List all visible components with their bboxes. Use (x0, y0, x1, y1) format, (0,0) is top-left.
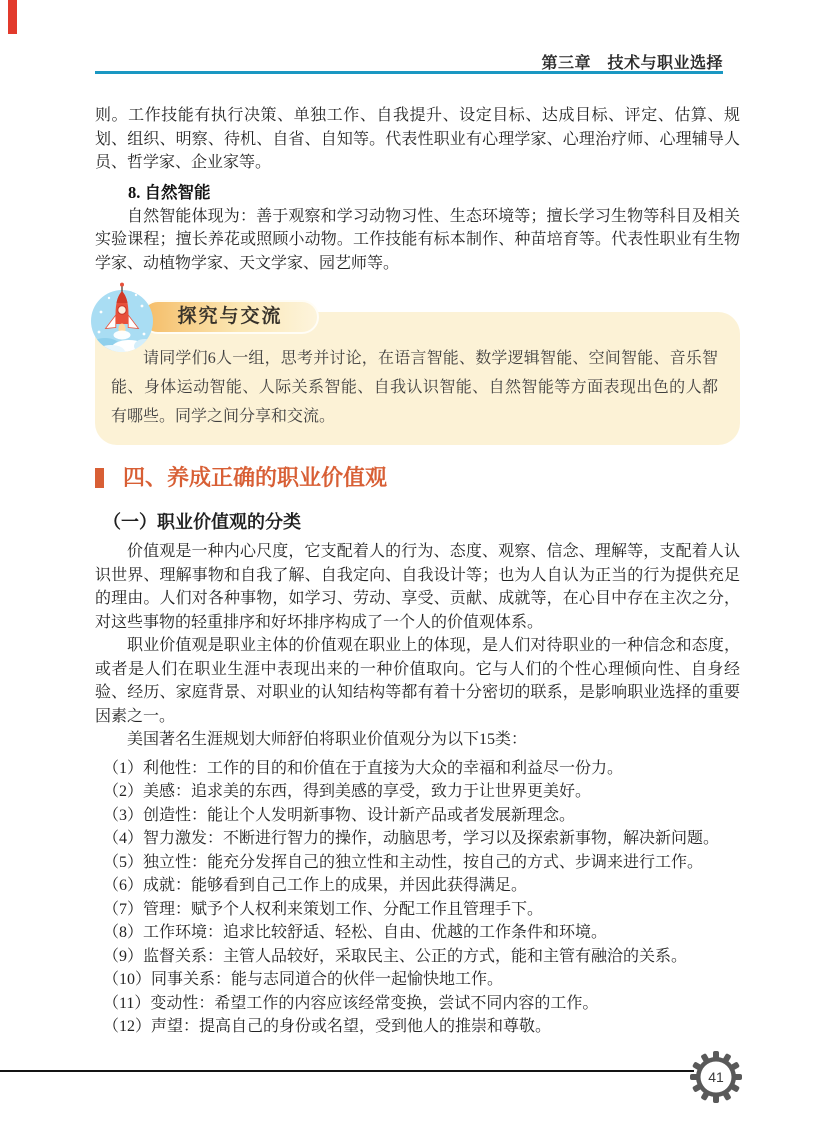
value-type-item: （7）管理：赋予个人权利来策划工作、分配工作且管理手下。 (95, 898, 740, 922)
paragraph-list-intro: 美国著名生涯规划大师舒伯将职业价值观分为以下15类： (95, 728, 740, 752)
activity-badge: 探究与交流 (141, 300, 319, 334)
value-type-item: （8）工作环境：追求比较舒适、轻松、自由、优越的工作条件和环境。 (95, 921, 740, 945)
header-rule (95, 71, 723, 74)
activity-text: 请同学们6人一组，思考并讨论，在语言智能、数学逻辑智能、空间智能、音乐智能、身体… (111, 344, 718, 431)
page-number: 41 (708, 1069, 724, 1085)
value-type-item: （10）同事关系：能与志同道合的伙伴一起愉快地工作。 (95, 968, 740, 992)
value-type-item: （9）监督关系：主管人品较好，采取民主、公正的方式，能和主管有融洽的关系。 (95, 945, 740, 969)
gear-icon: 41 (690, 1051, 742, 1103)
value-type-item: （3）创造性：能让个人发明新事物、设计新产品或者发展新理念。 (95, 804, 740, 828)
section-heading-row: 四、养成正确的职业价值观 (95, 463, 740, 493)
section-heading: 四、养成正确的职业价值观 (123, 463, 387, 493)
value-type-item: （2）美感：追求美的东西，得到美感的享受，致力于让世界更美好。 (95, 780, 740, 804)
value-type-item: （5）独立性：能充分发挥自己的独立性和主动性，按自己的方式、步调来进行工作。 (95, 851, 740, 875)
bookmark-ribbon (8, 0, 17, 34)
value-type-item: （1）利他性：工作的目的和价值在于直接为大众的幸福和利益尽一份力。 (95, 757, 740, 781)
value-type-item: （12）声望：提高自己的身份或名望，受到他人的推崇和尊敬。 (95, 1015, 740, 1039)
value-type-item: （4）智力激发：不断进行智力的操作，动脑思考，学习以及探索新事物，解决新问题。 (95, 827, 740, 851)
chapter-title: 第三章 技术与职业选择 (95, 50, 723, 73)
footer-rule (0, 1070, 694, 1072)
heading-natural-intelligence: 8. 自然智能 (95, 181, 740, 205)
value-type-item: （11）变动性：希望工作的内容应该经常变换，尝试不同内容的工作。 (95, 992, 740, 1016)
page-body: 则。工作技能有执行决策、单独工作、自我提升、设定目标、达成目标、评定、估算、规划… (95, 104, 740, 1039)
paragraph-values-1: 价值观是一种内心尺度，它支配着人的行为、态度、观察、信念、理解等，支配着人认识世… (95, 540, 740, 634)
activity-section: 请同学们6人一组，思考并讨论，在语言智能、数学逻辑智能、空间智能、音乐智能、身体… (95, 312, 740, 445)
rocket-icon (89, 282, 155, 354)
subsection-heading: （一）职业价值观的分类 (95, 510, 740, 535)
paragraph-values-2: 职业价值观是职业主体的价值观在职业上的体现，是人们对待职业的一种信念和态度，或者… (95, 634, 740, 728)
value-type-item: （6）成就：能够看到自己工作上的成果，并因此获得满足。 (95, 874, 740, 898)
paragraph-natural-intelligence: 自然智能体现为：善于观察和学习动物习性、生态环境等；擅长学习生物等科目及相关实验… (95, 205, 740, 276)
paragraph-continued: 则。工作技能有执行决策、单独工作、自我提升、设定目标、达成目标、评定、估算、规划… (95, 104, 740, 175)
value-types-list: （1）利他性：工作的目的和价值在于直接为大众的幸福和利益尽一份力。 （2）美感：… (95, 757, 740, 1039)
section-heading-marker (95, 468, 104, 488)
